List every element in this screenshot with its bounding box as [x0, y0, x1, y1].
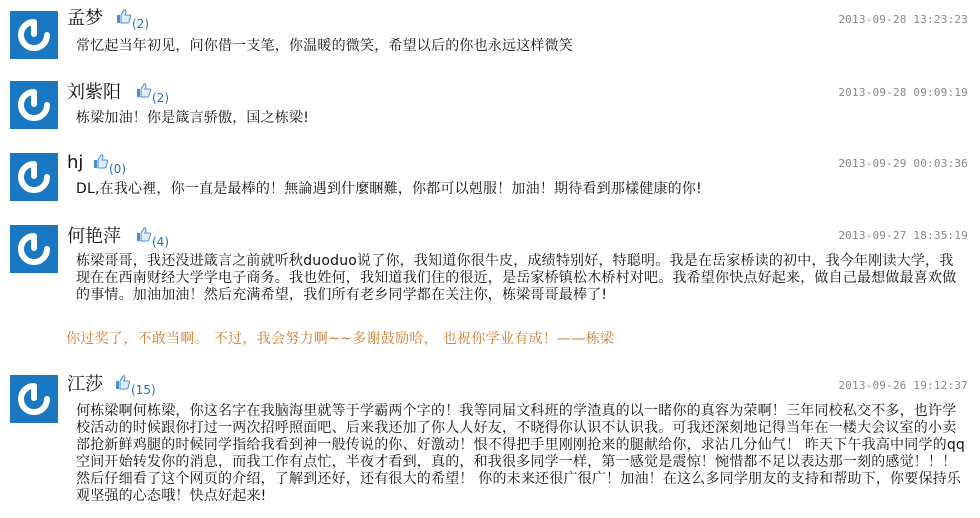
power-logo-icon [16, 87, 52, 123]
comment-author[interactable]: 江莎 [67, 374, 103, 396]
avatar[interactable] [10, 153, 58, 201]
like-count: (4) [152, 235, 169, 249]
comment-time: 2013-09-26 19:12:37 [838, 379, 968, 392]
comment-text: DL,在我心裡，你一直是最棒的！無論遇到什麼睏難，你都可以剋服！加油！期待看到那… [76, 181, 966, 198]
avatar[interactable] [10, 81, 58, 129]
comment-time: 2013-09-29 00:03:36 [838, 157, 968, 170]
avatar[interactable] [10, 11, 58, 59]
like-count: (15) [131, 383, 156, 397]
comment-time: 2013-09-27 18:35:19 [838, 229, 968, 242]
comment-text: 常忆起当年初见，问你借一支笔，你温暖的微笑，希望以后的你也永远这样微笑 [76, 38, 966, 55]
like-button[interactable]: (2) [116, 8, 149, 27]
like-count: (2) [132, 17, 149, 31]
comment-text: 栋梁加油！你是箴言骄傲，国之栋梁! [76, 110, 966, 127]
thumbs-up-icon [115, 374, 131, 390]
thumbs-up-icon [93, 153, 109, 169]
thumbs-up-icon [136, 226, 152, 242]
avatar[interactable] [10, 225, 58, 273]
comment-author[interactable]: hj [67, 152, 83, 174]
power-logo-icon [16, 231, 52, 267]
like-button[interactable]: (2) [136, 82, 169, 101]
like-button[interactable]: (15) [115, 374, 156, 393]
author-reply: 你过奖了，不敢当啊。 不过，我会努力啊~~多谢鼓励哈， 也祝你学业有成！——栋梁 [66, 331, 614, 348]
avatar[interactable] [10, 375, 58, 423]
thumbs-up-icon [116, 8, 132, 24]
like-count: (0) [109, 162, 126, 176]
comment-author[interactable]: 何艳萍 [67, 226, 121, 248]
comment-author[interactable]: 孟梦 [67, 8, 103, 30]
like-count: (2) [152, 91, 169, 105]
comment-author[interactable]: 刘紫阳 [67, 82, 121, 104]
power-logo-icon [16, 381, 52, 417]
like-button[interactable]: (4) [136, 226, 169, 245]
power-logo-icon [16, 17, 52, 53]
thumbs-up-icon [136, 82, 152, 98]
comment-time: 2013-09-28 09:09:19 [838, 86, 968, 99]
power-logo-icon [16, 159, 52, 195]
comment-time: 2013-09-28 13:23:23 [838, 13, 968, 26]
comment-text: 栋梁哥哥，我还没进箴言之前就听秋duoduo说了你，我知道你很牛皮，成绩特别好，… [76, 253, 966, 304]
like-button[interactable]: (0) [93, 153, 126, 172]
comment-text: 何栋梁啊何栋梁，你这名字在我脑海里就等于学霸两个字的！我等同届文科班的学渣真的以… [76, 403, 966, 505]
